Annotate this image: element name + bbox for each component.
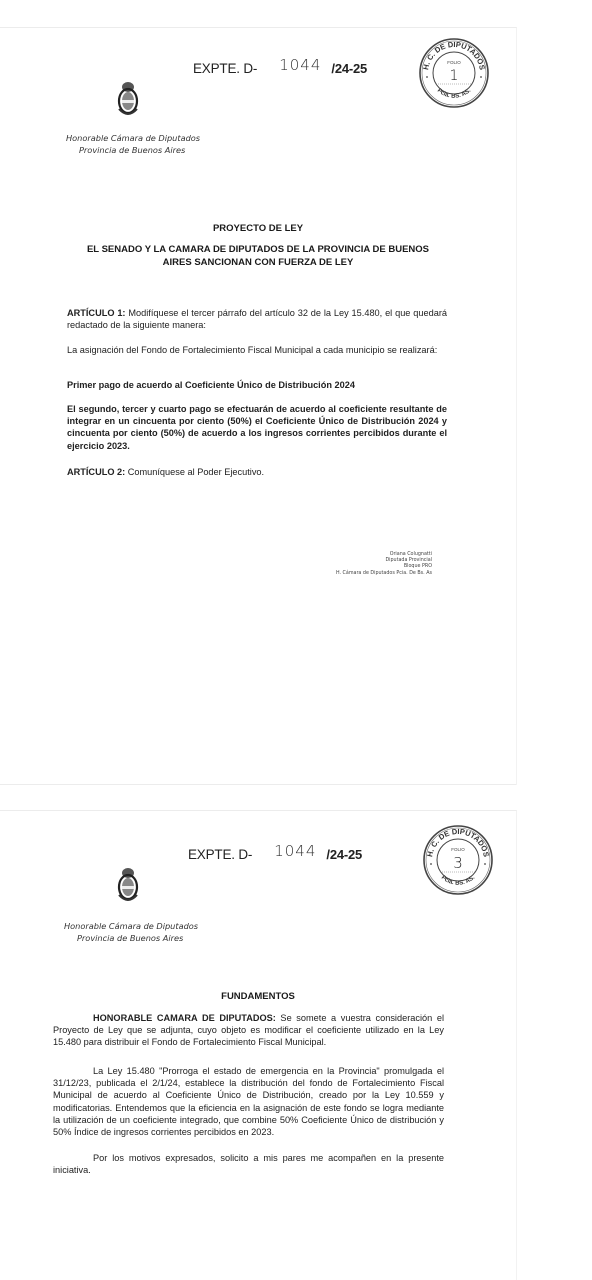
svg-text:FOLIO: FOLIO — [447, 60, 461, 65]
svg-text:3: 3 — [453, 854, 463, 872]
chamber-name: Honorable Cámara de Diputados Provincia … — [64, 921, 198, 944]
coat-of-arms-icon — [115, 865, 141, 905]
signer-chamber: H. Cámara de Diputados Pcia. De Bs. As — [336, 571, 432, 577]
expte-year: /24-25 — [331, 61, 367, 76]
segundo-pago-paragraph: El segundo, tercer y cuarto pago se efec… — [67, 403, 447, 452]
chamber-line-2: Provincia de Buenos Aires — [64, 933, 198, 945]
expediente-number: EXPTE. D-1044/24-25 — [193, 59, 367, 77]
chamber-name: Honorable Cámara de Diputados Provincia … — [66, 133, 200, 156]
fundamentos-paragraph-1: HONORABLE CAMARA DE DIPUTADOS: Se somete… — [53, 1012, 444, 1049]
expte-handwritten-number: 1044 — [274, 842, 316, 860]
addressee-label: HONORABLE CAMARA DE DIPUTADOS: — [93, 1013, 276, 1023]
fundamentos-paragraph-2: La Ley 15.480 "Prorroga el estado de eme… — [53, 1065, 444, 1138]
svg-text:1: 1 — [450, 68, 459, 84]
article-1-label: ARTÍCULO 1: — [67, 308, 126, 318]
expte-label: EXPTE. D- — [188, 847, 252, 862]
asignacion-paragraph: La asignación del Fondo de Fortalecimien… — [67, 344, 447, 356]
article-1: ARTÍCULO 1: Modifíquese el tercer párraf… — [67, 307, 447, 331]
document-title: PROYECTO DE LEY — [0, 223, 516, 234]
expte-year: /24-25 — [326, 847, 362, 862]
fundamentos-paragraph-3: Por los motivos expresados, solicito a m… — [53, 1152, 444, 1176]
chamber-line-1: Honorable Cámara de Diputados — [64, 921, 198, 931]
expediente-number: EXPTE. D-1044/24-25 — [188, 845, 362, 863]
svg-text:H. C. DE DIPUTADOS: H. C. DE DIPUTADOS — [421, 40, 487, 71]
expte-handwritten-number: 1044 — [279, 56, 321, 74]
article-2-label: ARTÍCULO 2: — [67, 467, 125, 477]
article-2: ARTÍCULO 2: Comuníquese al Poder Ejecuti… — [67, 466, 447, 478]
folio-stamp-icon: H. C. DE DIPUTADOS Pcia. BS. AS. FOLIO 3 — [422, 824, 494, 896]
document-page-2: EXPTE. D-1044/24-25 Honorable Cámara de … — [0, 810, 517, 1280]
enacting-clause: EL SENADO Y LA CAMARA DE DIPUTADOS DE LA… — [0, 244, 516, 269]
expte-label: EXPTE. D- — [193, 61, 257, 76]
primer-pago-paragraph: Primer pago de acuerdo al Coeficiente Ún… — [67, 379, 447, 391]
chamber-line-1: Honorable Cámara de Diputados — [66, 133, 200, 143]
svg-text:FOLIO: FOLIO — [451, 847, 465, 852]
coat-of-arms-icon — [115, 79, 141, 119]
document-page-1: EXPTE. D-1044/24-25 Honorable Cámara de … — [0, 27, 517, 785]
fundamentos-title: FUNDAMENTOS — [0, 991, 516, 1002]
chamber-line-2: Provincia de Buenos Aires — [66, 145, 200, 157]
page-separator — [0, 784, 516, 785]
folio-stamp-icon: H. C. DE DIPUTADOS Pcia. BS. AS. FOLIO 1 — [418, 37, 490, 109]
signature-block: Oriana Colugnatti Diputada Provincial Bl… — [336, 552, 432, 577]
